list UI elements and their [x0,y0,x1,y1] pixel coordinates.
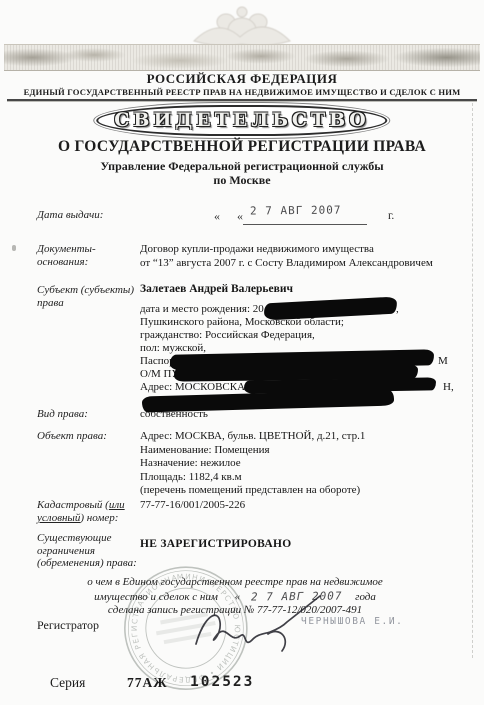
country-header: РОССИЙСКАЯ ФЕДЕРАЦИЯ [0,71,484,87]
issue-date-open-quote: « [214,209,220,224]
issue-date-underline [243,224,367,225]
object-label: Объект права: [37,430,107,443]
header-rule [7,99,477,101]
cadastral-label: Кадастровый (или условный) номер: [37,499,125,525]
subject-birth-line: дата и место рождения: 20.09, [140,303,278,317]
issue-date-stamp: 2 7 АВГ 2007 [250,204,342,218]
guilloche-band [4,44,480,71]
object-line: Площадь: 1182,4 кв.м [140,471,470,485]
object-line: (перечень помещений представлен на оборо… [140,484,470,498]
certificate-page: РОССИЙСКАЯ ФЕДЕРАЦИЯ ЕДИНЫЙ ГОСУДАРСТВЕН… [0,0,484,705]
authority-line1: Управление Федеральной регистрационной с… [0,159,484,174]
subject-name: Залетаев Андрей Валерьевич [140,283,480,297]
scan-edge-artifact [472,103,473,658]
subject-district-line: Пушкинского района, Московской области; [140,316,344,330]
scan-speck [12,245,16,251]
object-line: Адрес: МОСКВА, бульв. ЦВЕТНОЙ, д.21, стр… [140,430,470,444]
issue-date-label: Дата выдачи: [37,209,103,222]
restrictions-value: НЕ ЗАРЕГИСТРИРОВАНО [140,538,292,552]
series-number: 102523 [190,674,254,690]
record-line1: о чем в Едином государственном реестре п… [25,576,445,590]
registrar-label: Регистратор [37,618,99,633]
subject-label: Субъект (субъекты) права [37,284,134,310]
registrar-signature [190,592,330,662]
certificate-title-frame: СВИДЕТЕЛЬСТВО [96,105,387,136]
issue-date-year-suffix: г. [388,210,394,222]
series-label: Серия [50,675,85,691]
basis-label: Документы- основания: [37,243,96,269]
authority-line2: по Москве [0,173,484,188]
series-code: 77АЖ [127,675,168,691]
redaction-bar-birth [264,297,398,321]
registry-header: ЕДИНЫЙ ГОСУДАРСТВЕННЫЙ РЕЕСТР ПРАВ НА НЕ… [0,87,484,97]
issue-date-close-quote: « [237,209,243,224]
restrictions-label: Существующие ограничения (обременения) п… [37,532,137,570]
object-value: Адрес: МОСКВА, бульв. ЦВЕТНОЙ, д.21, стр… [140,430,470,498]
object-line: Наименование: Помещения [140,444,470,458]
subject-citizenship-line: гражданство: Российская Федерация, [140,329,315,343]
subject-value: Залетаев Андрей Валерьевич дата и место … [140,283,480,297]
certificate-title: СВИДЕТЕЛЬСТВО [114,109,369,131]
right-kind-label: Вид права: [37,408,88,421]
basis-value: Договор купли-продажи недвижимого имущес… [140,243,475,270]
object-line: Назначение: нежилое [140,457,470,471]
coat-of-arms-icon [188,3,296,49]
certificate-subtitle: О ГОСУДАРСТВЕННОЙ РЕГИСТРАЦИИ ПРАВА [0,138,484,156]
cadastral-value: 77-77-16/001/2005-226 [140,499,245,513]
